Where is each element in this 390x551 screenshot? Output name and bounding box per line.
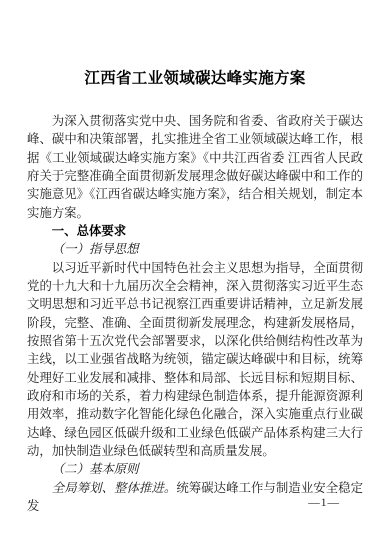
document-title: 江西省工业领域碳达峰实施方案 — [0, 68, 390, 90]
page-number: —1— — [308, 496, 340, 510]
subsection-heading-guiding-ideology: （一）指导思想 — [27, 240, 363, 258]
guiding-ideology-paragraph: 以习近平新时代中国特色社会主义思想为指导，全面贯彻党的十九大和十九届历次全会精神… — [27, 259, 363, 461]
principle-lead-text: 全局筹划、整体推进。 — [52, 481, 177, 495]
document-page: 江西省工业领域碳达峰实施方案 为深入贯彻落实党中央、国务院和省委、省政府关于碳达… — [0, 0, 390, 551]
intro-paragraph: 为深入贯彻落实党中央、国务院和省委、省政府关于碳达峰、碳中和决策部署，扎实推进全… — [27, 112, 363, 222]
subsection-heading-basic-principles: （二）基本原则 — [27, 460, 363, 478]
document-body: 为深入贯彻落实党中央、国务院和省委、省政府关于碳达峰、碳中和决策部署，扎实推进全… — [27, 112, 363, 515]
section-heading-overall-requirements: 一、总体要求 — [27, 222, 363, 240]
